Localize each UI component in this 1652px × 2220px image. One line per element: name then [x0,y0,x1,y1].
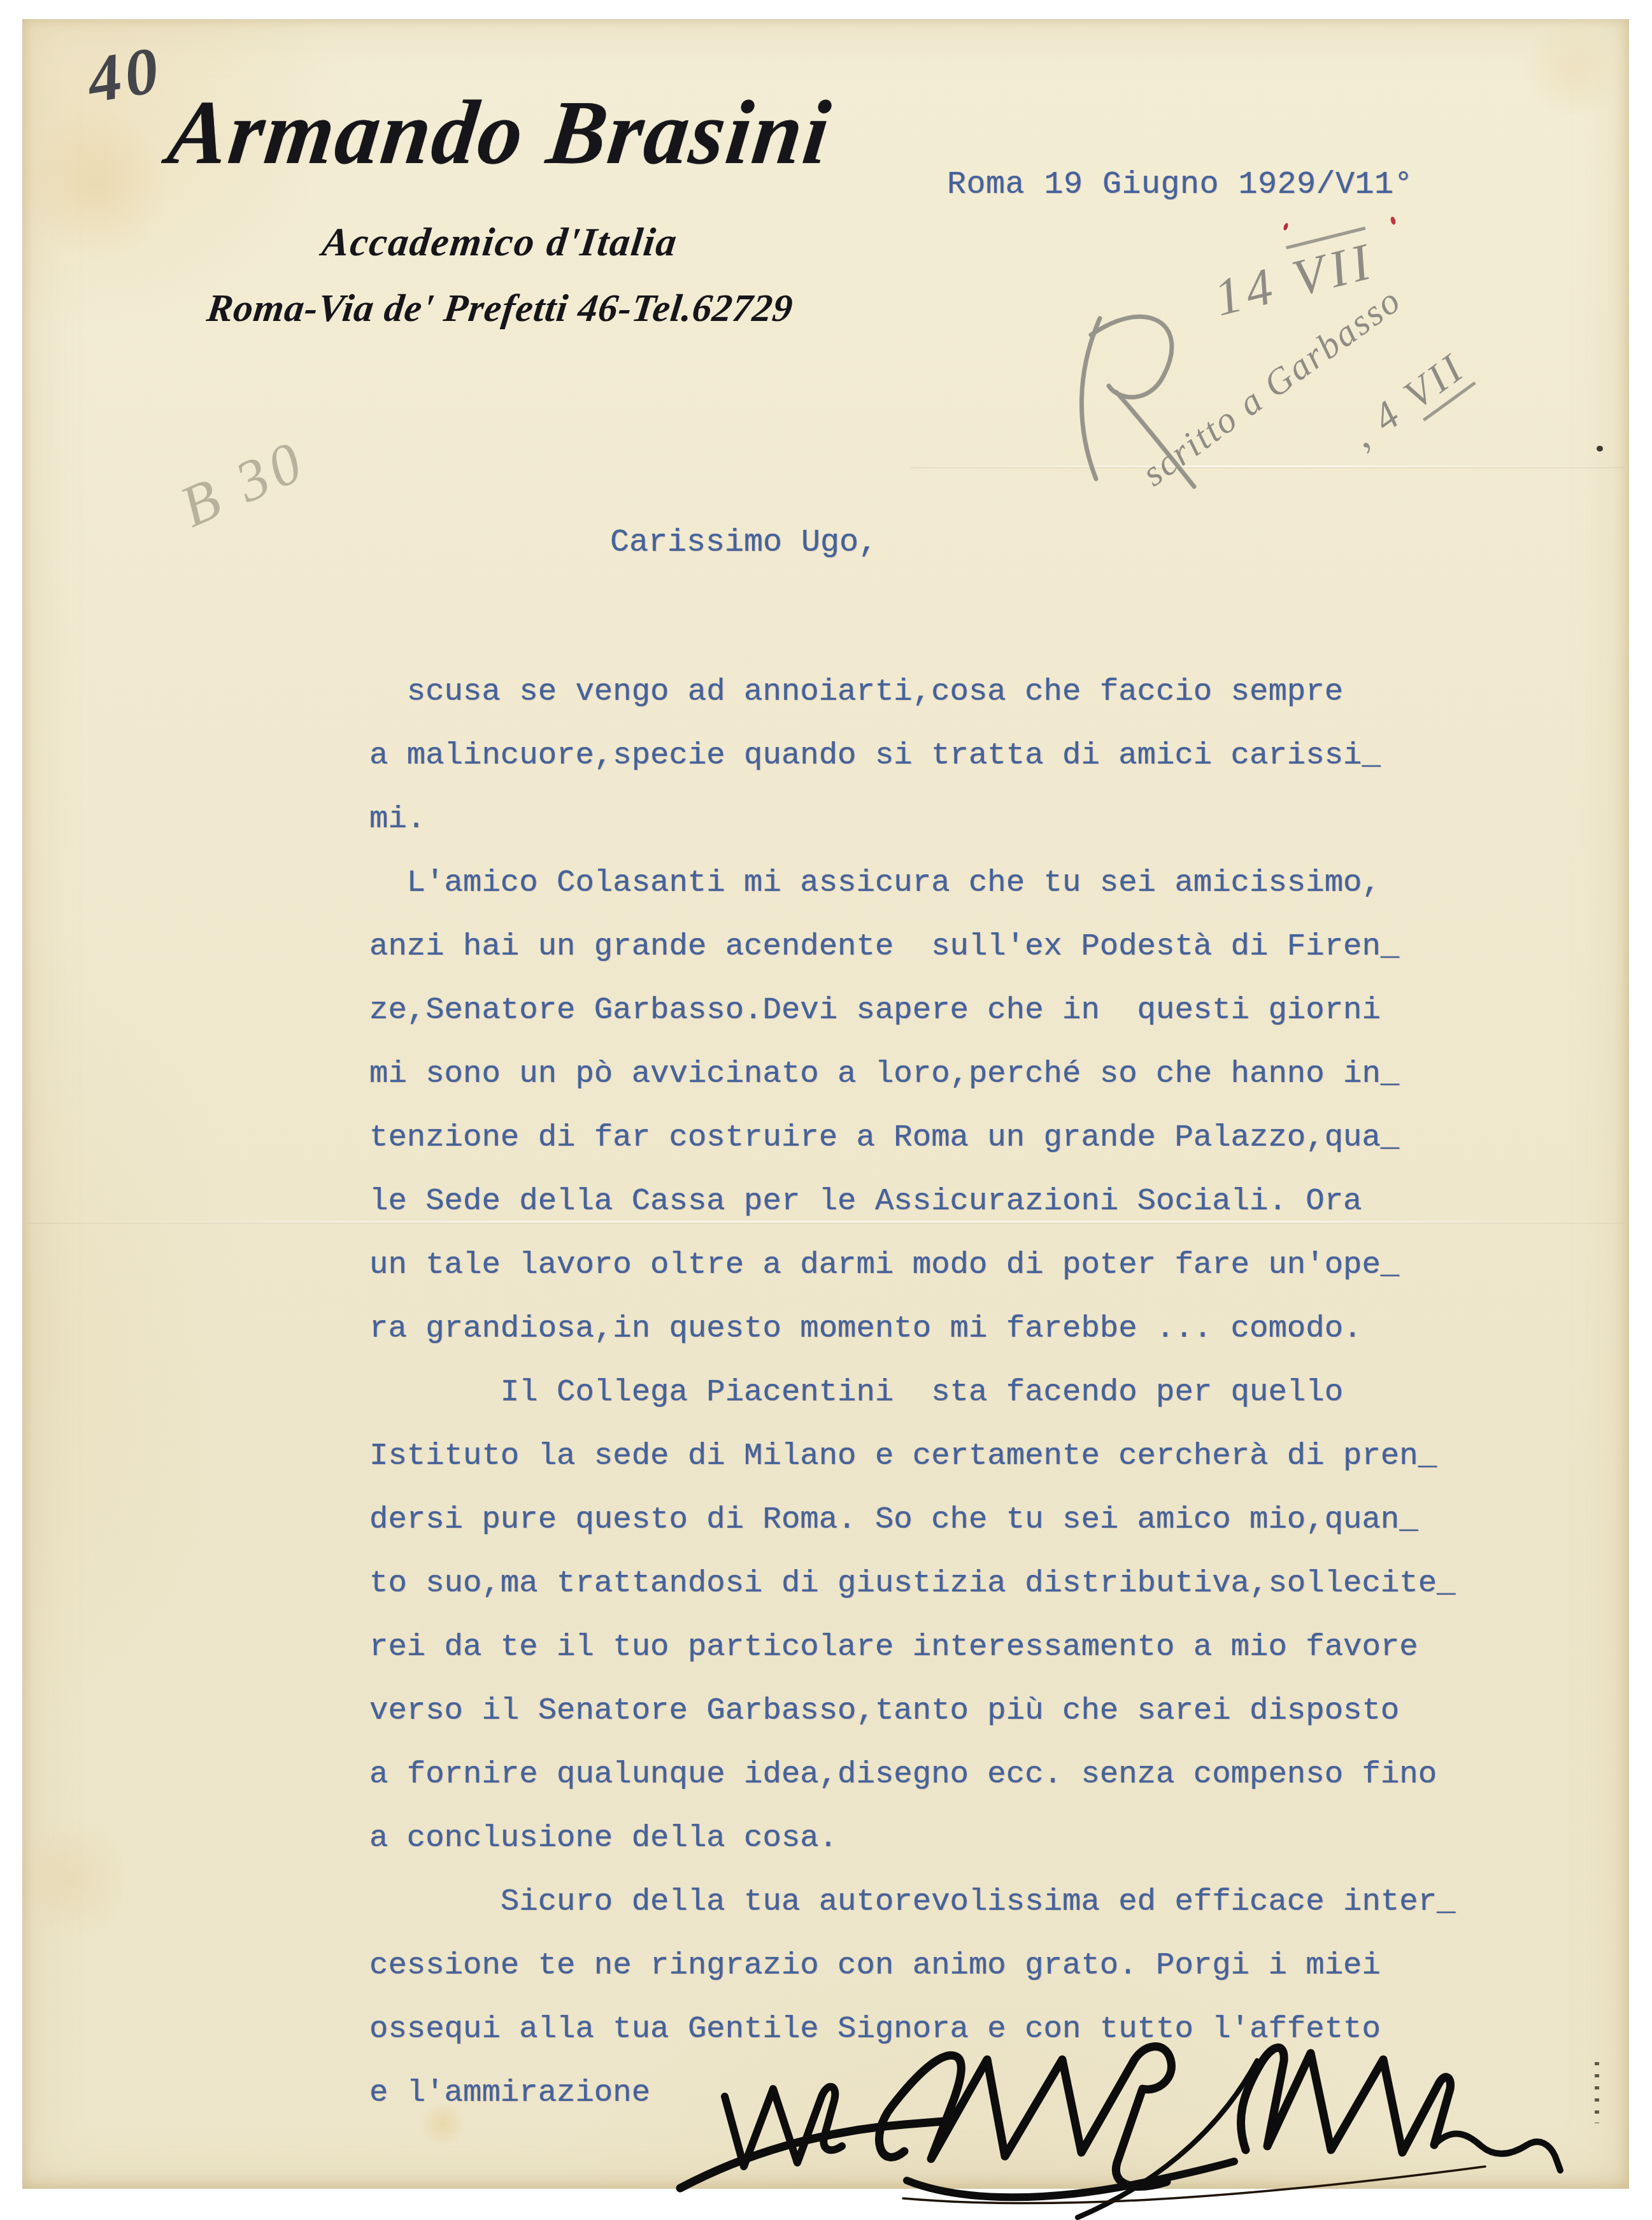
body-line: a malincuore,specie quando si tratta di … [369,723,1455,787]
body-line: Il Collega Piacentini sta facendo per qu… [369,1360,1455,1424]
letterhead-address: Roma-Via de' Prefetti 46-Tel.62729 [93,287,908,331]
body-line: un tale lavoro oltre a darmi modo di pot… [369,1233,1455,1297]
body-line: le Sede della Cassa per le Assicurazioni… [369,1169,1455,1233]
dateline: Roma 19 Giugno 1929/V11° [947,167,1413,203]
body-line: scusa se vengo ad annoiarti,cosa che fac… [369,660,1455,723]
letter-body: scusa se vengo ad annoiarti,cosa che fac… [369,660,1455,2124]
body-line: Sicuro della tua autorevolissima ed effi… [369,1870,1455,1933]
body-line: to suo,ma trattandosi di giustizia distr… [369,1551,1455,1615]
salutation: Carissimo Ugo, [610,525,878,561]
body-line: a fornire qualunque idea,disegno ecc. se… [369,1742,1455,1806]
body-line: rei da te il tuo particolare interessame… [369,1615,1455,1679]
signature-armando-brasini [605,2000,1624,2220]
body-line: mi sono un pò avvicinato a loro,perché s… [369,1042,1455,1106]
body-line: ze,Senatore Garbasso.Devi sapere che in … [369,978,1455,1042]
body-line: a conclusione della cosa. [369,1806,1455,1870]
body-line: anzi hai un grande acendente sull'ex Pod… [369,914,1455,978]
body-line: L'amico Colasanti mi assicura che tu sei… [369,851,1455,914]
body-line: cessione te ne ringrazio con animo grato… [369,1933,1455,1997]
letterhead-title: Accademico d'Italia [93,219,908,266]
body-line: verso il Senatore Garbasso,tanto più che… [369,1679,1455,1742]
letterhead-name: Armando Brasini [89,80,911,185]
body-line: Istituto la sede di Milano e certamente … [369,1424,1455,1488]
scanned-letter: 40 B 30 Armando Brasini Accademico d'Ita… [0,0,1652,2220]
ink-speck [1597,446,1603,452]
body-line: dersi pure questo di Roma. So che tu sei… [369,1488,1455,1551]
body-line: ra grandiosa,in questo momento mi farebb… [369,1297,1455,1360]
body-line: tenzione di far costruire a Roma un gran… [369,1106,1455,1169]
body-line: mi. [369,787,1455,851]
